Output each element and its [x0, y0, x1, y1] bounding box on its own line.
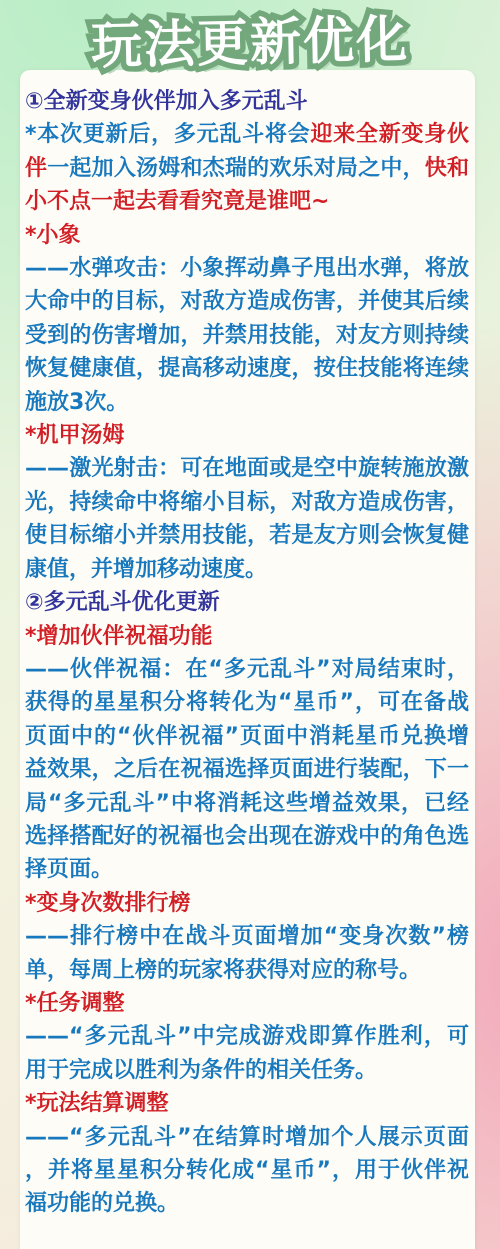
text-run: 一起加入汤姆和杰瑞的欢乐对局之中，	[47, 156, 425, 181]
page-title-text: 玩法更新优化	[90, 14, 409, 72]
content-paragraph: ——水弹攻击：小象挥动鼻子甩出水弹，将放大命中的目标，对敌方造成伤害，并使其后续…	[25, 252, 469, 419]
section-heading: *增加伙伴祝福功能	[25, 620, 469, 653]
content-paragraph: ——“多元乱斗”在结算时增加个人展示页面，并将星星积分转化成“星币”，用于伙伴祝…	[25, 1121, 469, 1221]
content-paragraph: ——“多元乱斗”中完成游戏即算作胜利，可用于完成以胜利为条件的相关任务。	[25, 1020, 469, 1087]
text-run: ①全新变身伙伴加入多元乱斗	[25, 89, 308, 114]
text-run: *增加伙伴祝福功能	[25, 624, 213, 649]
text-run: ——伙伴祝福：在“多元乱斗”对局结束时，获得的星星积分将转化为“星币”，可在备战…	[25, 657, 469, 882]
content-card: ①全新变身伙伴加入多元乱斗*本次更新后，多元乱斗将会迎来全新变身伙伴一起加入汤姆…	[20, 70, 475, 1249]
section-heading: *变身次数排行榜	[25, 887, 469, 920]
section-heading: ②多元乱斗优化更新	[25, 586, 469, 619]
content-paragraph: ——伙伴祝福：在“多元乱斗”对局结束时，获得的星星积分将转化为“星币”，可在备战…	[25, 653, 469, 887]
text-run: ——水弹攻击：小象挥动鼻子甩出水弹，将放大命中的目标，对敌方造成伤害，并使其后续…	[25, 256, 469, 415]
text-run: ——排行榜中在战斗页面增加“变身次数”榜单，每周上榜的玩家将获得对应的称号。	[25, 924, 469, 982]
text-run: ②多元乱斗优化更新	[25, 590, 220, 615]
section-heading: *任务调整	[25, 987, 469, 1020]
section-heading: *机甲汤姆	[25, 419, 469, 452]
section-heading: *小象	[25, 219, 469, 252]
text-run: ——激光射击：可在地面或是空中旋转施放激光，持续命中将缩小目标，对敌方造成伤害，…	[25, 456, 469, 581]
text-run: *机甲汤姆	[25, 423, 125, 448]
text-run: ——“多元乱斗”在结算时增加个人展示页面，并将星星积分转化成“星币”，用于伙伴祝…	[25, 1125, 469, 1217]
section-heading: *玩法结算调整	[25, 1087, 469, 1120]
update-notes: ①全新变身伙伴加入多元乱斗*本次更新后，多元乱斗将会迎来全新变身伙伴一起加入汤姆…	[20, 70, 475, 1221]
text-run: ——“多元乱斗”中完成游戏即算作胜利，可用于完成以胜利为条件的相关任务。	[25, 1024, 469, 1082]
section-heading: ①全新变身伙伴加入多元乱斗	[25, 85, 469, 118]
text-run: *变身次数排行榜	[25, 891, 191, 916]
text-run: *玩法结算调整	[25, 1091, 169, 1116]
content-paragraph: ——排行榜中在战斗页面增加“变身次数”榜单，每周上榜的玩家将获得对应的称号。	[25, 920, 469, 987]
content-paragraph: ——激光射击：可在地面或是空中旋转施放激光，持续命中将缩小目标，对敌方造成伤害，…	[25, 452, 469, 586]
page-title: 玩法更新优化 玩法更新优化	[0, 0, 500, 87]
text-run: *小象	[25, 223, 81, 248]
text-run: *本次更新后，多元乱斗将会	[25, 122, 310, 147]
text-run: *任务调整	[25, 991, 125, 1016]
content-paragraph: *本次更新后，多元乱斗将会迎来全新变身伙伴一起加入汤姆和杰瑞的欢乐对局之中，快和…	[25, 118, 469, 218]
